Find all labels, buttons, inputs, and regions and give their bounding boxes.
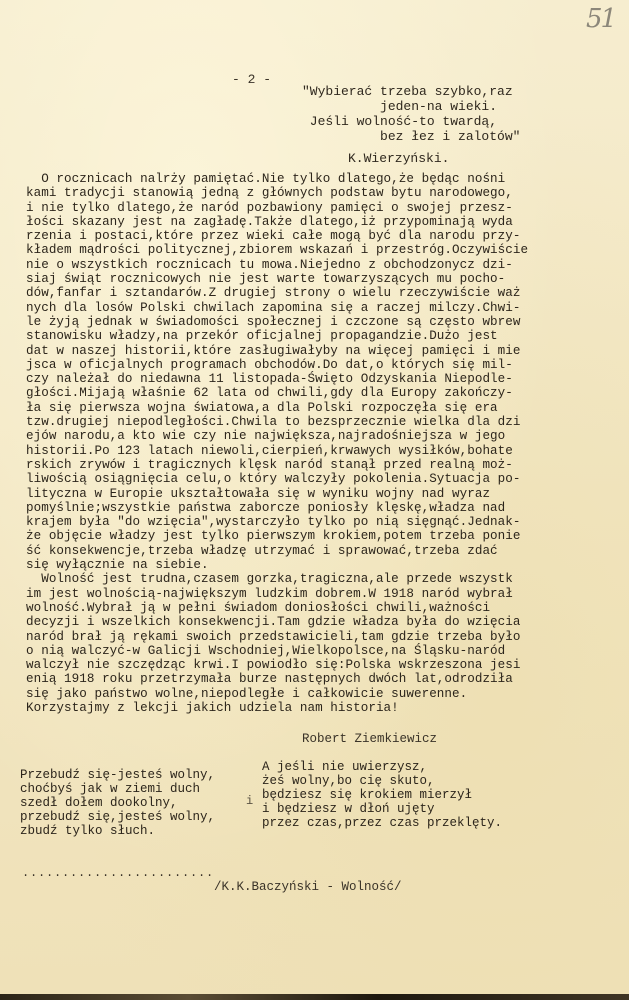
body-line: Korzystajmy z lekcji jakich udziela nam …	[26, 701, 606, 715]
poem-line: i będziesz w dłoń ujęty	[262, 802, 502, 816]
poem-line: zbudź tylko słuch.	[20, 824, 215, 838]
body-line: głości.Mijają właśnie 62 lata od chwili,…	[26, 386, 606, 400]
body-line: tzw.drugiej niepodległości.Chwila to bez…	[26, 415, 606, 429]
handwritten-page-number: 51	[586, 4, 622, 34]
poem-line: żeś wolny,bo cię skuto,	[262, 774, 502, 788]
poem-line: przebudź się,jesteś wolny,	[20, 810, 215, 824]
body-line: walczył nie szczędząc krwi.I powiodło si…	[26, 658, 606, 672]
page-number: - 2 -	[232, 72, 271, 87]
body-line: ść konsekwencje,trzeba władzę utrzymać i…	[26, 544, 606, 558]
dotted-rule: ........................	[22, 866, 214, 880]
poem-line: będziesz się krokiem mierzył	[262, 788, 502, 802]
body-line: że objęcie władzy jest tylko pierwszym k…	[26, 529, 606, 543]
body-line: dów,fanfar i sztandarów.Z drugiej strony…	[26, 286, 606, 300]
body-line: i nie tylko dlatego,że naród pozbawiony …	[26, 201, 606, 215]
poem-citation: /K.K.Baczyński - Wolność/	[214, 880, 402, 894]
body-line: czy należał do niedawna 11 listopada-Świ…	[26, 372, 606, 386]
body-line: jsca w oficjalnych programach obchodów.D…	[26, 358, 606, 372]
body-line: O rocznicach nalrży pamiętać.Nie tylko d…	[26, 172, 606, 186]
poem-line: przez czas,przez czas przeklęty.	[262, 816, 502, 830]
body-line: enią 1918 roku przetrzymała burze następ…	[26, 672, 606, 686]
body-line: ejów narodu,a kto wie czy nie największa…	[26, 429, 606, 443]
body-line: liwością osiągnięcia celu,o który walczy…	[26, 472, 606, 486]
body-line: stanowisku władzy,na przekór oficjalnej …	[26, 329, 606, 343]
body-line: kami tradycji stanowią jedną z głównych …	[26, 186, 606, 200]
body-line: o nią walczyć-w Galicji Wschodniej,Wielk…	[26, 644, 606, 658]
body-line: historii.Po 123 latach niewoli,cierpień,…	[26, 444, 606, 458]
motto-quote: "Wybierać trzeba szybko,raz jeden-na wie…	[302, 84, 520, 144]
poem-left-column: Przebudź się-jesteś wolny,choćbyś jak w …	[20, 768, 215, 838]
body-line: pomyślnie;wszystkie państwa zaborcze pon…	[26, 501, 606, 515]
article-signature: Robert Ziemkiewicz	[302, 732, 437, 746]
motto-author: K.Wierzyński.	[348, 151, 449, 166]
body-line: nych dla losów Polski chwilach zapomina …	[26, 301, 606, 315]
poem-line: Przebudź się-jesteś wolny,	[20, 768, 215, 782]
body-line: lityczna w Europie ukształtowała się w w…	[26, 487, 606, 501]
scan-bottom-edge	[0, 994, 629, 1000]
body-line: siaj świąt rocznicowych nie jest warte t…	[26, 272, 606, 286]
body-line: Wolność jest trudna,czasem gorzka,tragic…	[26, 572, 606, 586]
body-line: im jest wolnością-największym ludzkim do…	[26, 587, 606, 601]
body-line: dat w naszej historii,które zasługiwałyb…	[26, 344, 606, 358]
body-line: naród brał ją rękami swoich przedstawici…	[26, 630, 606, 644]
poem-separator: i	[246, 794, 253, 808]
body-line: wolność.Wybrał ją w pełni świadom donios…	[26, 601, 606, 615]
body-line: kładem mądrości politycznej,zbiorem wska…	[26, 243, 606, 257]
poem-line: choćbyś jak w ziemi duch	[20, 782, 215, 796]
body-line: się jako państwo wolne,niepodległe i cał…	[26, 687, 606, 701]
article-body: O rocznicach nalrży pamiętać.Nie tylko d…	[26, 172, 606, 715]
body-line: łości skazany jest na zagładę.Także dlat…	[26, 215, 606, 229]
poem-line: szedł dołem dookolny,	[20, 796, 215, 810]
body-line: decyzji i wszelkich konsekwencji.Tam gdz…	[26, 615, 606, 629]
body-line: się wyłącznie na siebie.	[26, 558, 606, 572]
poem-right-column: A jeśli nie uwierzysz,żeś wolny,bo cię s…	[262, 760, 502, 830]
body-line: nie o wszystkich rocznicach tu mowa.Niej…	[26, 258, 606, 272]
body-line: le żyją jednak w świadomości społecznej …	[26, 315, 606, 329]
body-line: rzenia i postaci,które przez wieki całe …	[26, 229, 606, 243]
body-line: ła się pierwsza wojna światowa,a dla Pol…	[26, 401, 606, 415]
poem-line: A jeśli nie uwierzysz,	[262, 760, 502, 774]
body-line: rskich zrywów i tragicznych klęsk naród …	[26, 458, 606, 472]
body-line: krajem była "do wzięcia",wystarczyło tyl…	[26, 515, 606, 529]
